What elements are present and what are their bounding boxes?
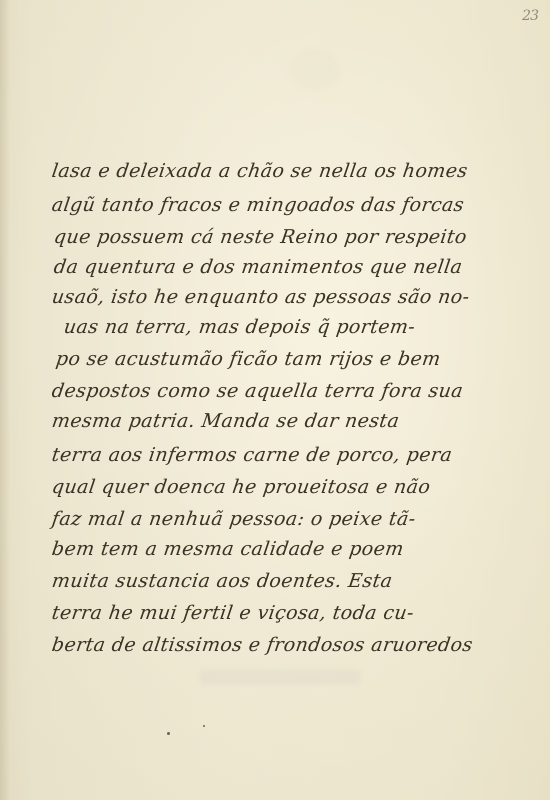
manuscript-line: faz mal a nenhuã pessoa: o peixe tã- xyxy=(50,508,417,530)
manuscript-line: da quentura e dos manimentos que nella xyxy=(52,256,463,278)
manuscript-line: terra aos infermos carne de porco, pera xyxy=(50,444,453,466)
manuscript-line: mesma patria. Manda se dar nesta xyxy=(50,410,400,432)
manuscript-line: que possuem cá neste Reino por respeito xyxy=(52,226,468,248)
ink-bleed-through xyxy=(200,670,360,684)
manuscript-line: uas na terra, mas depois q̃ portem- xyxy=(62,316,416,338)
manuscript-line: po se acustumão ficão tam rijos e bem xyxy=(54,348,442,370)
manuscript-page: 23 lasa e deleixada a chão se nella os h… xyxy=(0,0,550,800)
manuscript-line: qual quer doenca he proueitosa e não xyxy=(50,476,431,498)
manuscript-line: usaõ, isto he enquanto as pessoas são no… xyxy=(50,286,471,308)
manuscript-line: algũ tanto fracos e mingoados das forcas xyxy=(50,194,465,216)
faded-stamp-mark xyxy=(290,50,340,90)
manuscript-line: lasa e deleixada a chão se nella os home… xyxy=(50,160,469,182)
manuscript-line: terra he mui fertil e viçosa, toda cu- xyxy=(50,602,415,624)
manuscript-line: bem tem a mesma calidade e poem xyxy=(50,538,405,560)
manuscript-line: berta de altissimos e frondosos aruoredo… xyxy=(50,634,474,656)
manuscript-line: despostos como se aquella terra fora sua xyxy=(50,380,464,402)
paper-speck xyxy=(167,732,170,735)
manuscript-line: muita sustancia aos doentes. Esta xyxy=(50,570,394,592)
paper-speck xyxy=(203,725,205,727)
folio-number: 23 xyxy=(522,8,538,24)
